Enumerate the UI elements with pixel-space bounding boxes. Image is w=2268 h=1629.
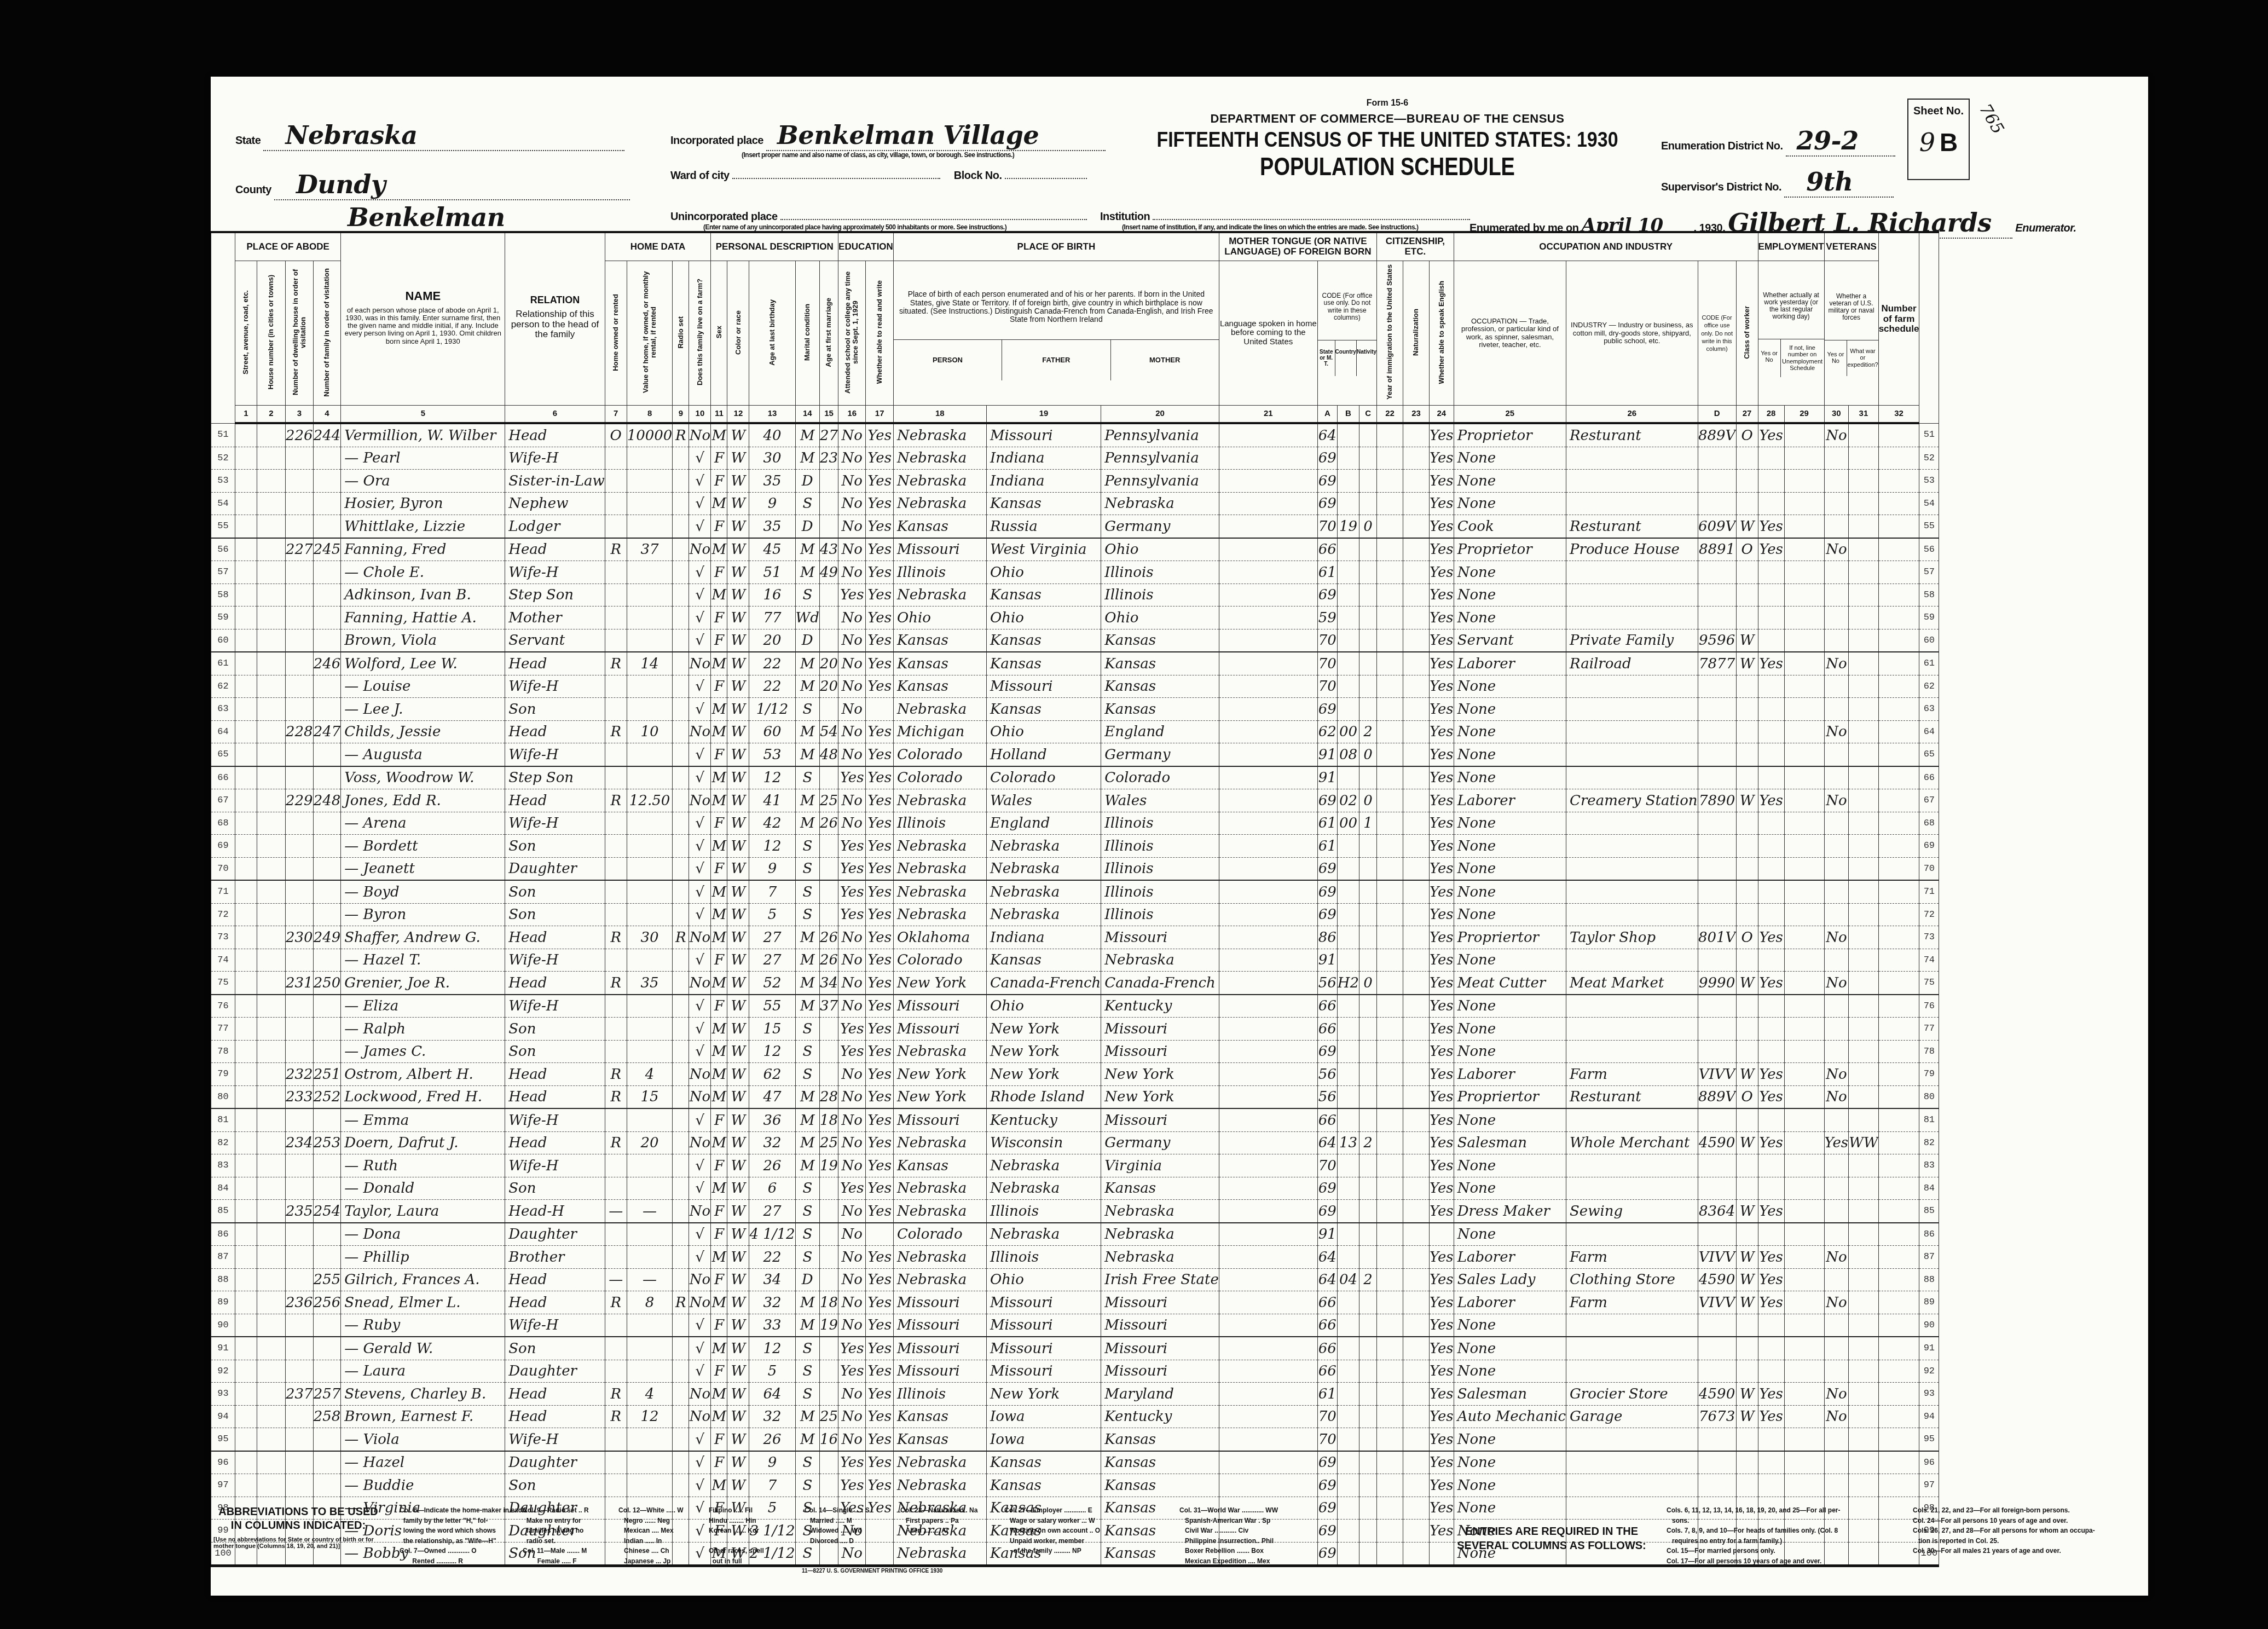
cell-line: 77 <box>1919 1018 1939 1041</box>
cell-war <box>1849 1428 1878 1451</box>
cell-read: Yes <box>866 1383 893 1406</box>
incorporated-label: Incorporated place <box>670 135 763 147</box>
cell-street <box>235 1108 257 1131</box>
cell-farm-schedule <box>1878 606 1919 629</box>
cell-immigration <box>1377 1131 1403 1154</box>
cell-birth: Colorado <box>893 743 986 766</box>
cell-at-work <box>1758 720 1784 743</box>
cell-unemp-line <box>1784 1360 1824 1383</box>
column-number: 32 <box>1878 406 1919 424</box>
entries-col-b: Cols. 21, 22, and 23—For all foreign-bor… <box>1913 1505 2095 1556</box>
cell-read <box>866 1223 893 1246</box>
unincorporated-label: Unincorporated place <box>670 211 778 223</box>
cell-sex: M <box>711 903 727 926</box>
cell-sex: M <box>711 720 727 743</box>
cell-immigration <box>1377 1223 1403 1246</box>
state-field: State Nebraska <box>235 120 624 151</box>
cell-value: 10000 <box>627 423 673 447</box>
cell-age-married: 19 <box>819 1314 838 1337</box>
cell-name: — Donald <box>341 1177 505 1200</box>
cell-farm: √ <box>689 812 711 835</box>
cell-line: 88 <box>211 1268 235 1291</box>
cell-house <box>257 423 286 447</box>
cell-street <box>235 1451 257 1474</box>
cell-mother-birth: Colorado <box>1101 766 1219 789</box>
column-number: 23 <box>1403 406 1430 424</box>
cell-radio <box>673 561 689 584</box>
cell-value <box>627 1223 673 1246</box>
cell-name: Whittlake, Lizzie <box>341 515 505 538</box>
cell-farm-schedule <box>1878 470 1919 493</box>
cell-value <box>627 1474 673 1497</box>
cell-radio <box>673 629 689 652</box>
cell-mother-birth: New York <box>1101 1085 1219 1108</box>
cell-sex: F <box>711 857 727 880</box>
cell-line: 70 <box>1919 857 1939 880</box>
cell-occupation: Dress Maker <box>1454 1200 1566 1223</box>
cell-occupation: Laborer <box>1454 1063 1566 1086</box>
cell-value: 12.50 <box>627 789 673 812</box>
cell-birth: Kansas <box>893 629 986 652</box>
cell-radio <box>673 584 689 606</box>
cell-house <box>257 1360 286 1383</box>
cell-owned <box>605 1154 627 1177</box>
cell-mother-birth: Missouri <box>1101 1018 1219 1041</box>
cell-lang-c: 0 <box>1359 972 1377 995</box>
cell-farm: √ <box>689 880 711 903</box>
birth-note: Place of birth of each person enumerated… <box>894 286 1219 328</box>
cell-dwelling: 237 <box>286 1383 314 1406</box>
cell-language <box>1219 1474 1317 1497</box>
cell-school: No <box>838 538 866 561</box>
language-label: Language spoken in home before coming to… <box>1220 319 1317 346</box>
cell-mother-birth: Nebraska <box>1101 1246 1219 1269</box>
cell-language <box>1219 1360 1317 1383</box>
cell-occ-code <box>1698 447 1736 470</box>
cell-name: — Boyd <box>341 880 505 903</box>
cell-sex: M <box>711 1474 727 1497</box>
cell-english: Yes <box>1430 1200 1454 1223</box>
cell-language <box>1219 743 1317 766</box>
cell-house <box>257 972 286 995</box>
cell-unemp-line <box>1784 1131 1824 1154</box>
cell-veteran <box>1824 903 1849 926</box>
cell-name: — Ora <box>341 470 505 493</box>
cell-name: Ostrom, Albert H. <box>341 1063 505 1086</box>
cell-house <box>257 1085 286 1108</box>
abbr-col27: Col. 27—Employer ............ E Wage or … <box>1004 1505 1100 1556</box>
cell-relation: Wife-H <box>505 675 605 698</box>
cell-school: Yes <box>838 857 866 880</box>
cell-farm-schedule <box>1878 972 1919 995</box>
cell-lang-c <box>1359 1154 1377 1177</box>
cell-street <box>235 561 257 584</box>
cell-industry: Sewing <box>1566 1200 1698 1223</box>
cell-race: W <box>727 835 749 858</box>
cell-family <box>313 698 341 721</box>
cell-line: 76 <box>1919 995 1939 1018</box>
cell-marital: S <box>795 1383 819 1406</box>
cell-occupation: None <box>1454 949 1566 972</box>
cell-race: W <box>727 1040 749 1063</box>
cell-age-married: 34 <box>819 972 838 995</box>
cell-line: 87 <box>1919 1246 1939 1269</box>
cell-lang-b: 00 <box>1337 720 1359 743</box>
cell-line: 77 <box>211 1018 235 1041</box>
cell-street <box>235 584 257 606</box>
cell-relation: Son <box>505 1177 605 1200</box>
cell-value: 12 <box>627 1405 673 1428</box>
cell-house <box>257 561 286 584</box>
cell-street <box>235 720 257 743</box>
cell-language <box>1219 1200 1317 1223</box>
cell-radio <box>673 1337 689 1360</box>
cell-language <box>1219 1177 1317 1200</box>
table-row: 85235254Taylor, LauraHead-H——NoFW27SNoYe… <box>211 1200 1939 1223</box>
cell-birth: Kansas <box>893 1405 986 1428</box>
cell-age-married <box>819 1474 838 1497</box>
cell-war <box>1849 470 1878 493</box>
cell-unemp-line <box>1784 584 1824 606</box>
cell-naturalization <box>1403 880 1430 903</box>
cell-father-birth: Rhode Island <box>986 1085 1101 1108</box>
cell-read: Yes <box>866 835 893 858</box>
cell-read: Yes <box>866 470 893 493</box>
enumerator-label: Enumerator. <box>2015 222 2076 234</box>
cell-radio <box>673 698 689 721</box>
cell-unemp-line <box>1784 1108 1824 1131</box>
table-row: 87— PhillipBrother√MW22SNoYesNebraskaIll… <box>211 1246 1939 1269</box>
cell-street <box>235 1474 257 1497</box>
cell-sex: M <box>711 538 727 561</box>
cell-line: 63 <box>1919 698 1939 721</box>
cell-industry <box>1566 1337 1698 1360</box>
cell-farm: √ <box>689 1177 711 1200</box>
cell-mother-birth: Missouri <box>1101 1360 1219 1383</box>
cell-occupation: None <box>1454 1018 1566 1041</box>
cell-sex: F <box>711 1268 727 1291</box>
cell-war <box>1849 880 1878 903</box>
cell-lang-c <box>1359 995 1377 1018</box>
cell-veteran <box>1824 743 1849 766</box>
col-24-header: Whether able to speak English <box>1430 261 1454 406</box>
cell-family <box>313 1154 341 1177</box>
cell-value: 8 <box>627 1291 673 1314</box>
cell-marital: D <box>795 1268 819 1291</box>
institution-field: Institution (Insert name of institution,… <box>1100 211 1470 231</box>
cell-race: W <box>727 1268 749 1291</box>
cell-naturalization <box>1403 1200 1430 1223</box>
cell-sex: M <box>711 698 727 721</box>
cell-relation: Daughter <box>505 857 605 880</box>
cell-name: — Eliza <box>341 995 505 1018</box>
cell-line: 82 <box>211 1131 235 1154</box>
cell-class: W <box>1736 515 1758 538</box>
col-3-header: Number of dwelling house in order of vis… <box>286 261 314 406</box>
cell-english: Yes <box>1430 1337 1454 1360</box>
cell-war: WW <box>1849 1131 1878 1154</box>
group-citizenship: CITIZENSHIP, ETC. <box>1377 232 1454 261</box>
cell-war <box>1849 766 1878 789</box>
cell-line: 55 <box>211 515 235 538</box>
cell-age-married: 27 <box>819 423 838 447</box>
cell-at-work <box>1758 880 1784 903</box>
col-27-header: Class of worker <box>1736 261 1758 406</box>
cell-unemp-line <box>1784 1337 1824 1360</box>
cell-radio <box>673 972 689 995</box>
cell-farm: √ <box>689 1428 711 1451</box>
cell-war <box>1849 561 1878 584</box>
cell-lang-code: 66 <box>1317 1108 1337 1131</box>
cell-street <box>235 1337 257 1360</box>
cell-line: 78 <box>1919 1040 1939 1063</box>
cell-value: 15 <box>627 1085 673 1108</box>
cell-street <box>235 995 257 1018</box>
cell-line: 72 <box>1919 903 1939 926</box>
cell-mother-birth: Nebraska <box>1101 1223 1219 1246</box>
cell-line: 67 <box>211 789 235 812</box>
cell-war <box>1849 1314 1878 1337</box>
cell-marital: S <box>795 1200 819 1223</box>
cell-lang-b <box>1337 470 1359 493</box>
table-row: 67229248Jones, Edd R.HeadR12.50NoMW41M25… <box>211 789 1939 812</box>
cell-industry <box>1566 880 1698 903</box>
cell-name: Gilrich, Frances A. <box>341 1268 505 1291</box>
cell-war <box>1849 1268 1878 1291</box>
cell-war <box>1849 1177 1878 1200</box>
cell-read: Yes <box>866 584 893 606</box>
abbr-col31: Col. 31—World War ............ WW Spanis… <box>1179 1505 1278 1567</box>
cell-veteran <box>1824 1314 1849 1337</box>
cell-house <box>257 470 286 493</box>
cell-occupation: None <box>1454 447 1566 470</box>
cell-language <box>1219 720 1317 743</box>
cell-lang-c <box>1359 1063 1377 1086</box>
family-label: Number of family in order of visitation <box>323 268 331 397</box>
cell-class <box>1736 606 1758 629</box>
cell-read: Yes <box>866 447 893 470</box>
cell-at-work: Yes <box>1758 1063 1784 1086</box>
cell-birth: Nebraska <box>893 492 986 515</box>
col-1-header: Street, avenue, road, etc. <box>235 261 257 406</box>
cell-at-work <box>1758 857 1784 880</box>
cell-owned <box>605 812 627 835</box>
cell-class: O <box>1736 423 1758 447</box>
cell-lang-code: 69 <box>1317 584 1337 606</box>
age-label: Age at last birthday <box>768 299 776 366</box>
table-row: 52— PearlWife-H√FW30M23NoYesNebraskaIndi… <box>211 447 1939 470</box>
cell-father-birth: Kansas <box>986 1474 1101 1497</box>
cell-farm-schedule <box>1878 789 1919 812</box>
cell-occ-code <box>1698 1040 1736 1063</box>
cell-occupation: None <box>1454 1451 1566 1474</box>
cell-name: — Jeanett <box>341 857 505 880</box>
cell-owned: R <box>605 720 627 743</box>
cell-lang-c <box>1359 1405 1377 1428</box>
cell-owned <box>605 1474 627 1497</box>
cell-street <box>235 492 257 515</box>
cell-lang-c: 2 <box>1359 1131 1377 1154</box>
cell-naturalization <box>1403 972 1430 995</box>
cell-language <box>1219 1451 1317 1474</box>
cell-english: Yes <box>1430 857 1454 880</box>
cell-race: W <box>727 1291 749 1314</box>
cell-line: 96 <box>1919 1451 1939 1474</box>
cell-house <box>257 1177 286 1200</box>
cell-age-married: 23 <box>819 447 838 470</box>
cell-marital: M <box>795 995 819 1018</box>
cell-lang-c <box>1359 606 1377 629</box>
cell-occupation: Meat Cutter <box>1454 972 1566 995</box>
cell-race: W <box>727 1131 749 1154</box>
cell-line: 79 <box>211 1063 235 1086</box>
cell-lang-code: 69 <box>1317 1200 1337 1223</box>
cell-house <box>257 1040 286 1063</box>
cell-english: Yes <box>1430 675 1454 698</box>
cell-radio <box>673 995 689 1018</box>
cell-lang-c <box>1359 470 1377 493</box>
cell-relation: Wife-H <box>505 1154 605 1177</box>
cell-war <box>1849 789 1878 812</box>
cell-father-birth: Nebraska <box>986 1223 1101 1246</box>
cell-english: Yes <box>1430 1268 1454 1291</box>
cell-sex: M <box>711 835 727 858</box>
home-value-label: Value of home, if owned, or monthly rent… <box>642 261 658 403</box>
veterans-note: Whether a veteran of U.S. military or na… <box>1825 291 1878 324</box>
cell-age-married: 26 <box>819 949 838 972</box>
at-work-label: Yes or No <box>1758 339 1780 377</box>
cell-name: Grenier, Joe R. <box>341 972 505 995</box>
cell-industry: Railroad <box>1566 652 1698 675</box>
cell-lang-c <box>1359 1451 1377 1474</box>
cell-unemp-line <box>1784 972 1824 995</box>
table-row: 71— BoydSon√MW7SYesYesNebraskaNebraskaIl… <box>211 880 1939 903</box>
cell-birth: Michigan <box>893 720 986 743</box>
cell-value <box>627 492 673 515</box>
cell-family <box>313 743 341 766</box>
cell-lang-code: 69 <box>1317 880 1337 903</box>
cell-naturalization <box>1403 423 1430 447</box>
cell-occupation: None <box>1454 1337 1566 1360</box>
cell-value <box>627 515 673 538</box>
cell-family <box>313 1451 341 1474</box>
cell-farm: √ <box>689 698 711 721</box>
cell-lang-c <box>1359 1474 1377 1497</box>
cell-farm-schedule <box>1878 1200 1919 1223</box>
cell-line: 79 <box>1919 1063 1939 1086</box>
block-label: Block No. <box>954 170 1002 182</box>
cell-sex: M <box>711 1246 727 1269</box>
cell-farm-schedule <box>1878 423 1919 447</box>
cell-age-married <box>819 880 838 903</box>
cell-lang-code: 91 <box>1317 949 1337 972</box>
cell-mother-birth: Nebraska <box>1101 949 1219 972</box>
read-write-label: Whether able to read and write <box>876 280 883 384</box>
cell-language <box>1219 1246 1317 1269</box>
cell-veteran: No <box>1824 1063 1849 1086</box>
cell-english: Yes <box>1430 1246 1454 1269</box>
cell-marital: M <box>795 675 819 698</box>
cell-birth: Nebraska <box>893 835 986 858</box>
cell-race: W <box>727 447 749 470</box>
cell-language <box>1219 1063 1317 1086</box>
cell-lang-b <box>1337 698 1359 721</box>
cell-immigration <box>1377 1451 1403 1474</box>
cell-language <box>1219 1337 1317 1360</box>
cell-read: Yes <box>866 1018 893 1041</box>
cell-industry <box>1566 1451 1698 1474</box>
cell-owned: R <box>605 1063 627 1086</box>
cell-farm-schedule <box>1878 652 1919 675</box>
cell-industry <box>1566 1154 1698 1177</box>
cell-lang-b <box>1337 1085 1359 1108</box>
cell-street <box>235 1223 257 1246</box>
column-number: 20 <box>1101 406 1219 424</box>
cell-occupation: Proprietor <box>1454 538 1566 561</box>
column-number: 24 <box>1430 406 1454 424</box>
cell-immigration <box>1377 949 1403 972</box>
cell-industry: Whole Merchant <box>1566 1131 1698 1154</box>
cell-father-birth: New York <box>986 1063 1101 1086</box>
cell-line: 92 <box>211 1360 235 1383</box>
cell-industry <box>1566 995 1698 1018</box>
unincorporated-field: Unincorporated place (Enter name of any … <box>670 211 1087 231</box>
table-row: 93237257Stevens, Charley B.HeadR4NoMW64S… <box>211 1383 1939 1406</box>
cell-line: 58 <box>1919 584 1939 606</box>
cell-lang-c <box>1359 675 1377 698</box>
cell-english: Yes <box>1430 1177 1454 1200</box>
cell-street <box>235 447 257 470</box>
cell-school: Yes <box>838 880 866 903</box>
cell-age: 47 <box>749 1085 795 1108</box>
cell-house <box>257 1131 286 1154</box>
cell-marital: M <box>795 447 819 470</box>
cell-lang-c <box>1359 880 1377 903</box>
cell-occupation: None <box>1454 857 1566 880</box>
cell-birth: Colorado <box>893 766 986 789</box>
cell-occ-code <box>1698 1451 1736 1474</box>
cell-radio <box>673 720 689 743</box>
cell-immigration <box>1377 538 1403 561</box>
cell-age-married: 37 <box>819 995 838 1018</box>
cell-war <box>1849 1405 1878 1428</box>
cell-line: 89 <box>211 1291 235 1314</box>
cell-marital: S <box>795 1018 819 1041</box>
table-row: 70— JeanettDaughter√FW9SYesYesNebraskaNe… <box>211 857 1939 880</box>
cell-race: W <box>727 1405 749 1428</box>
cell-naturalization <box>1403 949 1430 972</box>
col-15-header: Age at first marriage <box>819 261 838 406</box>
cell-age: 60 <box>749 720 795 743</box>
cell-occupation: None <box>1454 698 1566 721</box>
cell-father-birth: Ohio <box>986 720 1101 743</box>
cell-line: 81 <box>211 1108 235 1131</box>
cell-school: No <box>838 1085 866 1108</box>
cell-value <box>627 1246 673 1269</box>
cell-farm: √ <box>689 857 711 880</box>
cell-unemp-line <box>1784 447 1824 470</box>
cell-relation: Daughter <box>505 1360 605 1383</box>
cell-occ-code: 4590 <box>1698 1268 1736 1291</box>
cell-father-birth: Nebraska <box>986 835 1101 858</box>
cell-owned: R <box>605 1405 627 1428</box>
cell-marital: S <box>795 1246 819 1269</box>
cell-lang-b <box>1337 1154 1359 1177</box>
cell-lang-code: 91 <box>1317 766 1337 789</box>
cell-value <box>627 1360 673 1383</box>
cell-marital: M <box>795 1131 819 1154</box>
cell-immigration <box>1377 720 1403 743</box>
